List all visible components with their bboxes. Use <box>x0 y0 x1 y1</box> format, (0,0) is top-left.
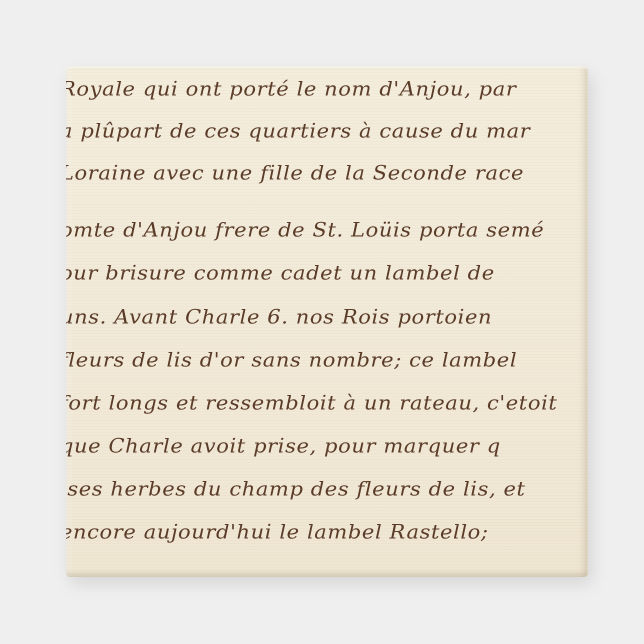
manuscript-line-3: Loraine avec une fille de la Seconde rac… <box>66 162 524 185</box>
manuscript-line-10: ises herbes du champ des fleurs de lis, … <box>66 478 526 501</box>
manuscript-line-2: a plûpart de ces quartiers à cause du ma… <box>66 120 530 143</box>
manuscript-line-6: uns. Avant Charle 6. nos Rois portoien <box>66 306 492 329</box>
manuscript-line-1: Royale qui ont porté le nom d'Anjou, par <box>66 78 516 101</box>
manuscript-line-11: encore aujourd'hui le lambel Rastello; <box>66 521 489 544</box>
manuscript-line-5: our brisure comme cadet un lambel de <box>66 262 495 285</box>
manuscript-line-9: que Charle avoit prise, pour marquer q <box>66 435 501 458</box>
manuscript-tile: Royale qui ont porté le nom d'Anjou, par… <box>66 66 588 577</box>
manuscript-line-8: fort longs et ressembloit à un rateau, c… <box>66 392 557 415</box>
manuscript-line-7: fleurs de lis d'or sans nombre; ce lambe… <box>66 349 517 372</box>
manuscript-line-4: omte d'Anjou frere de St. Loüis porta se… <box>66 219 544 242</box>
